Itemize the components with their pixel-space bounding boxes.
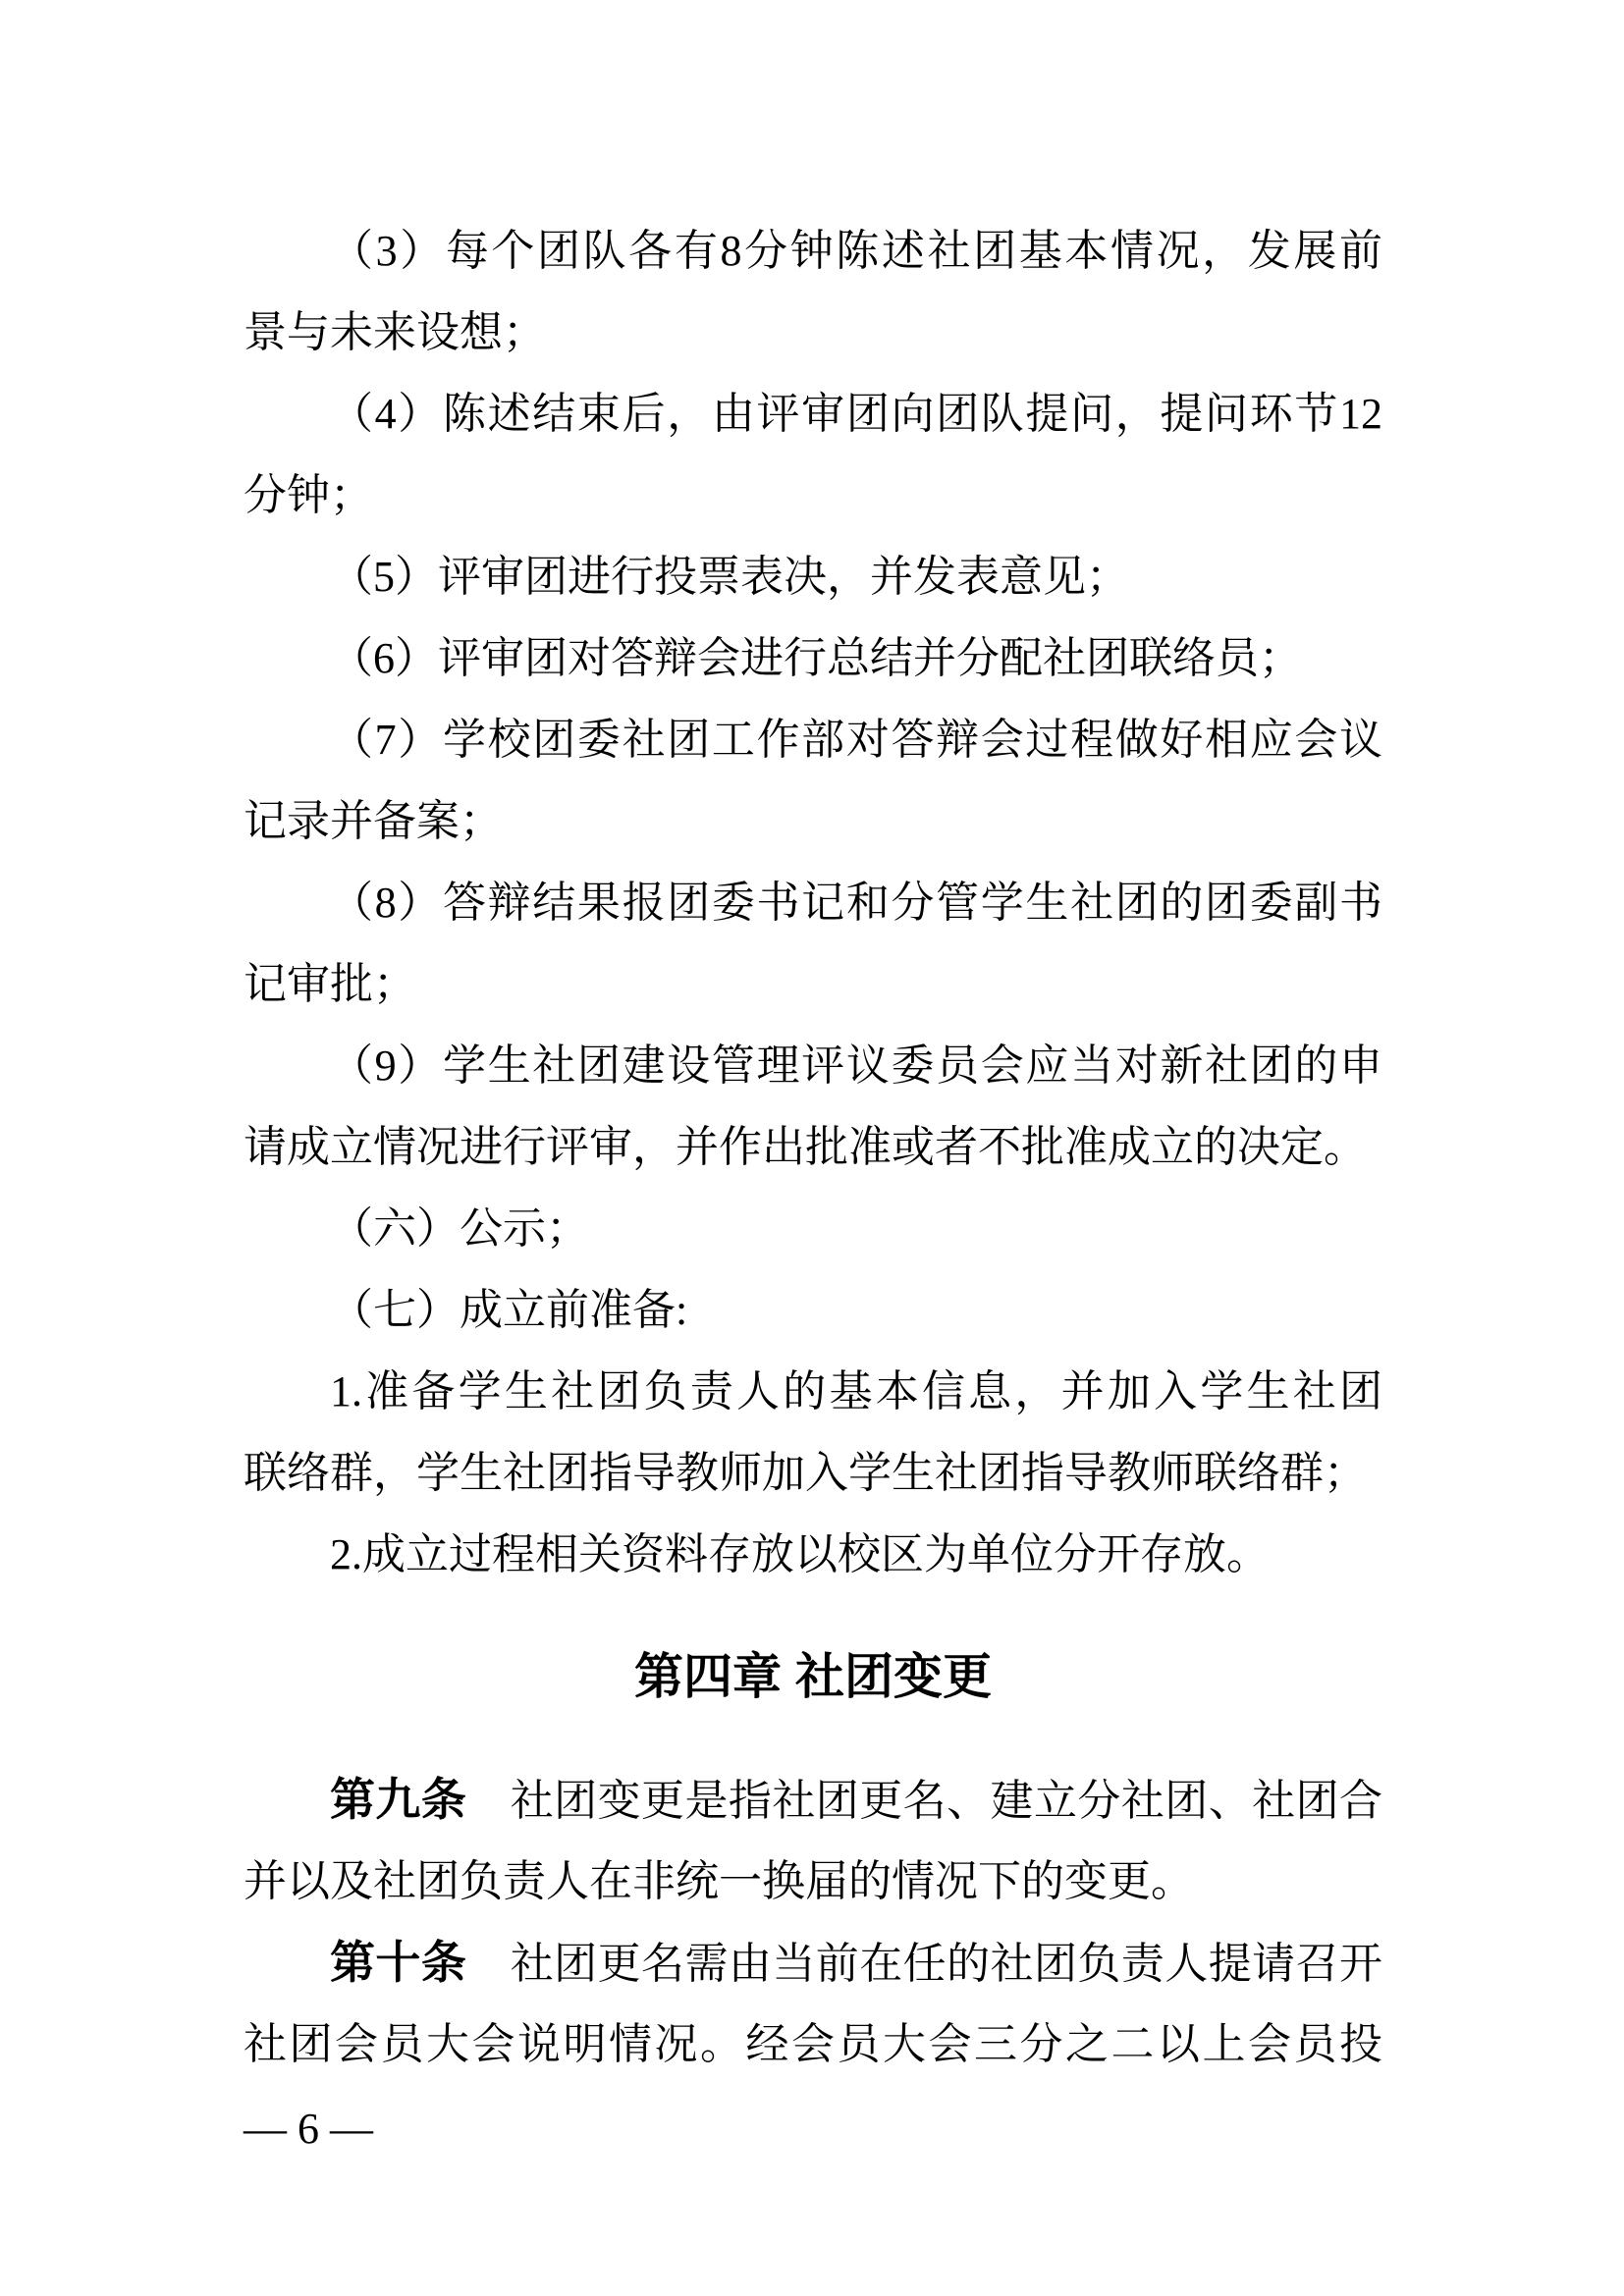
text-line: 记录并备案； [244,780,1382,862]
section-establishment-procedure: （3）每个团队各有8分钟陈述社团基本情况，发展前景与未来设想；（4）陈述结束后，… [244,210,1382,1595]
text-line: 2.成立过程相关资料存放以校区为单位分开存放。 [244,1514,1382,1595]
page-number: — 6 — [244,2105,373,2153]
document-page: （3）每个团队各有8分钟陈述社团基本情况，发展前景与未来设想；（4）陈述结束后，… [0,0,1624,2296]
text-line: 联络群，学生社团指导教师加入学生社团指导教师联络群； [244,1432,1382,1514]
text-line: 记审批； [244,943,1382,1025]
article-number-label: 第十条 [330,1937,466,1988]
chapter-heading: 第四章 社团变更 [244,1636,1382,1718]
text-line: 请成立情况进行评审，并作出批准或者不批准成立的决定。 [244,1106,1382,1188]
text-line: 分钟； [244,454,1382,536]
text-line: （4）陈述结束后，由评审团向团队提问，提问环节12 [244,373,1382,454]
text-line: （5）评审团进行投票表决，并发表意见； [244,536,1382,617]
text-line: （8）答辩结果报团委书记和分管学生社团的团委副书 [244,862,1382,943]
text-line: （7）学校团委社团工作部对答辩会过程做好相应会议 [244,699,1382,780]
article-number-label: 第九条 [330,1774,466,1825]
section-chapter-four-articles: 第九条 社团变更是指社团更名、建立分社团、社团合并以及社团负责人在非统一换届的情… [244,1759,1382,2085]
text-line: 1.准备学生社团负责人的基本信息，并加入学生社团 [244,1351,1382,1432]
text-line: 景与未来设想； [244,292,1382,373]
text-line: （6）评审团对答辩会进行总结并分配社团联络员； [244,617,1382,699]
text-line: （六）公示； [244,1188,1382,1269]
text-line: （3）每个团队各有8分钟陈述社团基本情况，发展前 [244,210,1382,292]
text-line: （七）成立前准备: [244,1269,1382,1351]
text-line: 并以及社团负责人在非统一换届的情况下的变更。 [244,1841,1382,1922]
text-line: 第十条 社团更名需由当前在任的社团负责人提请召开 [244,1922,1382,2003]
document-text-column: （3）每个团队各有8分钟陈述社团基本情况，发展前景与未来设想；（4）陈述结束后，… [244,210,1382,2085]
page-footer: — 6 — [244,2088,373,2169]
text-line: （9）学生社团建设管理评议委员会应当对新社团的申 [244,1025,1382,1106]
text-line: 第九条 社团变更是指社团更名、建立分社团、社团合 [244,1759,1382,1841]
text-line: 社团会员大会说明情况。经会员大会三分之二以上会员投 [244,2003,1382,2085]
